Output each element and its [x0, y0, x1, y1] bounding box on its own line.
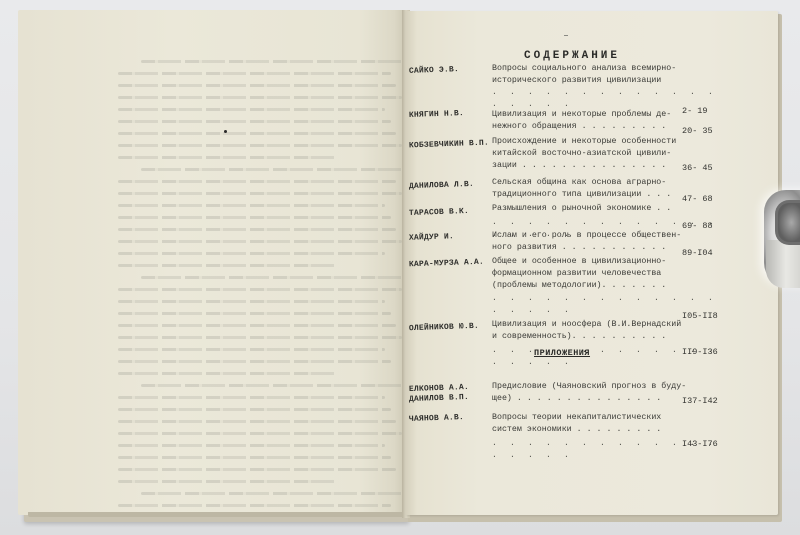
entry-author: ТАРАСОВ В.К.	[409, 206, 469, 220]
show-through-line	[141, 384, 406, 387]
entry-pages: I37-I42	[682, 395, 718, 407]
appendix-heading: ПРИЛОЖЕНИЯ	[534, 348, 590, 358]
show-through-line	[118, 468, 396, 471]
show-through-line	[141, 60, 406, 63]
entry-coauthor: ДАНИЛОВ В.П.	[409, 392, 469, 406]
entry-title: Цивилизация и ноосфера (В.И.Вернадский и…	[492, 319, 732, 343]
entry-author: ДАНИЛОВА Л.В.	[409, 179, 474, 193]
show-through-line	[118, 324, 396, 327]
metal-weight-top	[775, 200, 800, 245]
show-through-line	[118, 288, 402, 291]
open-book: СОДЕРЖАНИЕ САЙКО Э.В. Вопросы социальног…	[0, 0, 800, 535]
entry-author: КАРА-МУРЗА А.А.	[409, 257, 484, 272]
show-through-line	[118, 480, 336, 483]
entry-pages: II9-I36	[682, 346, 718, 358]
show-through-line	[118, 360, 391, 363]
entry-title: Вопросы социального анализа всемирно- ис…	[492, 63, 732, 87]
entry-title: Вопросы теории некапиталистических систе…	[492, 412, 732, 436]
entry-author: КНЯГИН Н.В.	[409, 108, 464, 122]
entry-author: ЧАЯНОВ А.В.	[409, 412, 464, 426]
show-through-line	[118, 96, 402, 99]
page-mark	[564, 35, 568, 36]
show-through-line	[118, 240, 402, 243]
show-through-line	[118, 348, 385, 351]
show-through-line	[118, 396, 385, 399]
entry-author: САЙКО Э.В.	[409, 64, 459, 78]
show-through-line	[118, 72, 391, 75]
show-through-line	[118, 216, 391, 219]
show-through-line	[118, 180, 396, 183]
entry-author: ОЛЕЙНИКОВ Ю.В.	[409, 321, 479, 335]
show-through-line	[118, 420, 396, 423]
entry-author: КОБЗЕВЧИКИН В.П.	[409, 138, 489, 153]
show-through-line	[118, 84, 396, 87]
show-through-line	[118, 192, 402, 195]
show-through-line	[118, 120, 391, 123]
show-through-line	[118, 228, 396, 231]
show-through-line	[118, 156, 336, 159]
show-through-line	[141, 276, 406, 279]
show-through-line	[118, 408, 391, 411]
show-through-line	[118, 300, 385, 303]
ink-speck	[224, 130, 227, 133]
show-through-line	[118, 444, 385, 447]
table-of-contents: СОДЕРЖАНИЕ САЙКО Э.В. Вопросы социальног…	[406, 11, 778, 515]
show-through-line	[118, 504, 391, 507]
show-through-line	[118, 252, 385, 255]
show-through-line	[118, 132, 396, 135]
show-through-line	[118, 204, 385, 207]
show-through-line	[118, 312, 391, 315]
show-through-line	[118, 144, 402, 147]
entry-author: ХАЙДУР И.	[409, 231, 454, 245]
entry-title: Размышления о рыночной экономике . .	[492, 203, 732, 215]
entry-title: Общее и особенное в цивилизационно- форм…	[492, 256, 732, 292]
show-through-line	[141, 168, 406, 171]
show-through-line	[118, 264, 336, 267]
toc-heading: СОДЕРЖАНИЕ	[524, 50, 620, 62]
metal-weight-base	[766, 240, 800, 288]
show-through-line	[141, 492, 406, 495]
show-through-line	[118, 456, 391, 459]
show-through-line	[118, 372, 336, 375]
show-through-line	[118, 336, 402, 339]
show-through-line	[118, 432, 402, 435]
show-through-text	[118, 60, 406, 515]
show-through-line	[118, 108, 385, 111]
entry-pages: 36- 45	[682, 162, 713, 174]
left-page	[18, 10, 406, 515]
right-page: СОДЕРЖАНИЕ САЙКО Э.В. Вопросы социальног…	[406, 11, 778, 515]
left-page-edge	[28, 512, 406, 517]
entry-pages: I43-I76	[682, 438, 718, 450]
